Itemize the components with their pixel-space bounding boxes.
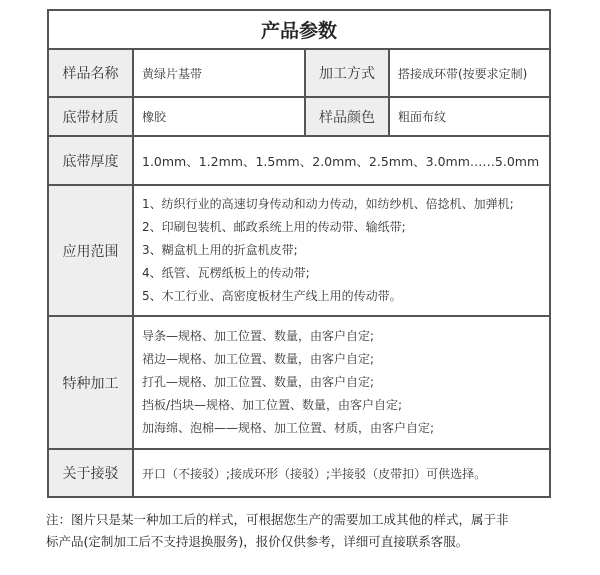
label-base-material: 底带材质: [49, 98, 134, 135]
table-row-base-material: 底带材质 橡胶 样品颜色 粗面布纹: [49, 98, 549, 137]
product-params-table: 产品参数 样品名称 黄绿片基带 加工方式 搭接成环带(按要求定制) 底带材质 橡…: [47, 9, 551, 498]
processing-item: 裙边—规格、加工位置、数量，由客户自定;: [142, 348, 374, 371]
value-processing-method: 搭接成环带(按要求定制): [390, 50, 549, 96]
processing-item: 加海绵、泡棉——规格、加工位置、材质，由客户自定;: [142, 417, 434, 440]
table-row-thickness: 底带厚度 1.0mm、1.2mm、1.5mm、2.0mm、2.5mm、3.0mm…: [49, 137, 549, 186]
application-item: 3、糊盒机上用的折盒机皮带;: [142, 239, 298, 262]
footnote-line-2: 标产品(定制加工后不支持退换服务)，报价仅供参考，详细可直接联系客服。: [46, 531, 566, 553]
label-thickness: 底带厚度: [49, 137, 134, 184]
label-sample-name: 样品名称: [49, 50, 134, 96]
footnote: 注：图片只是某一种加工后的样式，可根据您生产的需要加工成其他的样式，属于非 标产…: [46, 509, 566, 553]
table-row-sample-name: 样品名称 黄绿片基带 加工方式 搭接成环带(按要求定制): [49, 50, 549, 98]
application-item: 4、纸管、瓦楞纸板上的传动带;: [142, 262, 310, 285]
label-processing-method: 加工方式: [304, 50, 390, 96]
table-row-special-processing: 特种加工 导条—规格、加工位置、数量，由客户自定; 裙边—规格、加工位置、数量，…: [49, 317, 549, 450]
processing-item: 导条—规格、加工位置、数量，由客户自定;: [142, 325, 374, 348]
value-base-material: 橡胶: [134, 98, 304, 135]
label-splicing: 关于接驳: [49, 450, 134, 496]
application-item: 1、纺织行业的高速切身传动和动力传动，如纺纱机、倍捻机、加弹机;: [142, 193, 514, 216]
value-sample-color: 粗面布纹: [390, 98, 549, 135]
value-thickness: 1.0mm、1.2mm、1.5mm、2.0mm、2.5mm、3.0mm……5.0…: [134, 137, 549, 184]
application-item: 2、印刷包装机、邮政系统上用的传动带、输纸带;: [142, 216, 406, 239]
processing-item: 挡板/挡块—规格、加工位置、数量，由客户自定;: [142, 394, 402, 417]
label-special-processing: 特种加工: [49, 317, 134, 448]
value-special-processing: 导条—规格、加工位置、数量，由客户自定; 裙边—规格、加工位置、数量，由客户自定…: [134, 317, 549, 448]
application-item: 5、木工行业、高密度板材生产线上用的传动带。: [142, 285, 402, 308]
table-title: 产品参数: [49, 11, 549, 50]
label-applications: 应用范围: [49, 186, 134, 315]
table-row-applications: 应用范围 1、纺织行业的高速切身传动和动力传动，如纺纱机、倍捻机、加弹机; 2、…: [49, 186, 549, 317]
footnote-line-1: 注：图片只是某一种加工后的样式，可根据您生产的需要加工成其他的样式，属于非: [46, 509, 566, 531]
value-sample-name: 黄绿片基带: [134, 50, 304, 96]
processing-item: 打孔—规格、加工位置、数量，由客户自定;: [142, 371, 374, 394]
value-applications: 1、纺织行业的高速切身传动和动力传动，如纺纱机、倍捻机、加弹机; 2、印刷包装机…: [134, 186, 549, 315]
table-row-splicing: 关于接驳 开口（不接驳）;接成环形（接驳）;半接驳（皮带扣）可供选择。: [49, 450, 549, 496]
value-splicing: 开口（不接驳）;接成环形（接驳）;半接驳（皮带扣）可供选择。: [134, 450, 549, 496]
label-sample-color: 样品颜色: [304, 98, 390, 135]
